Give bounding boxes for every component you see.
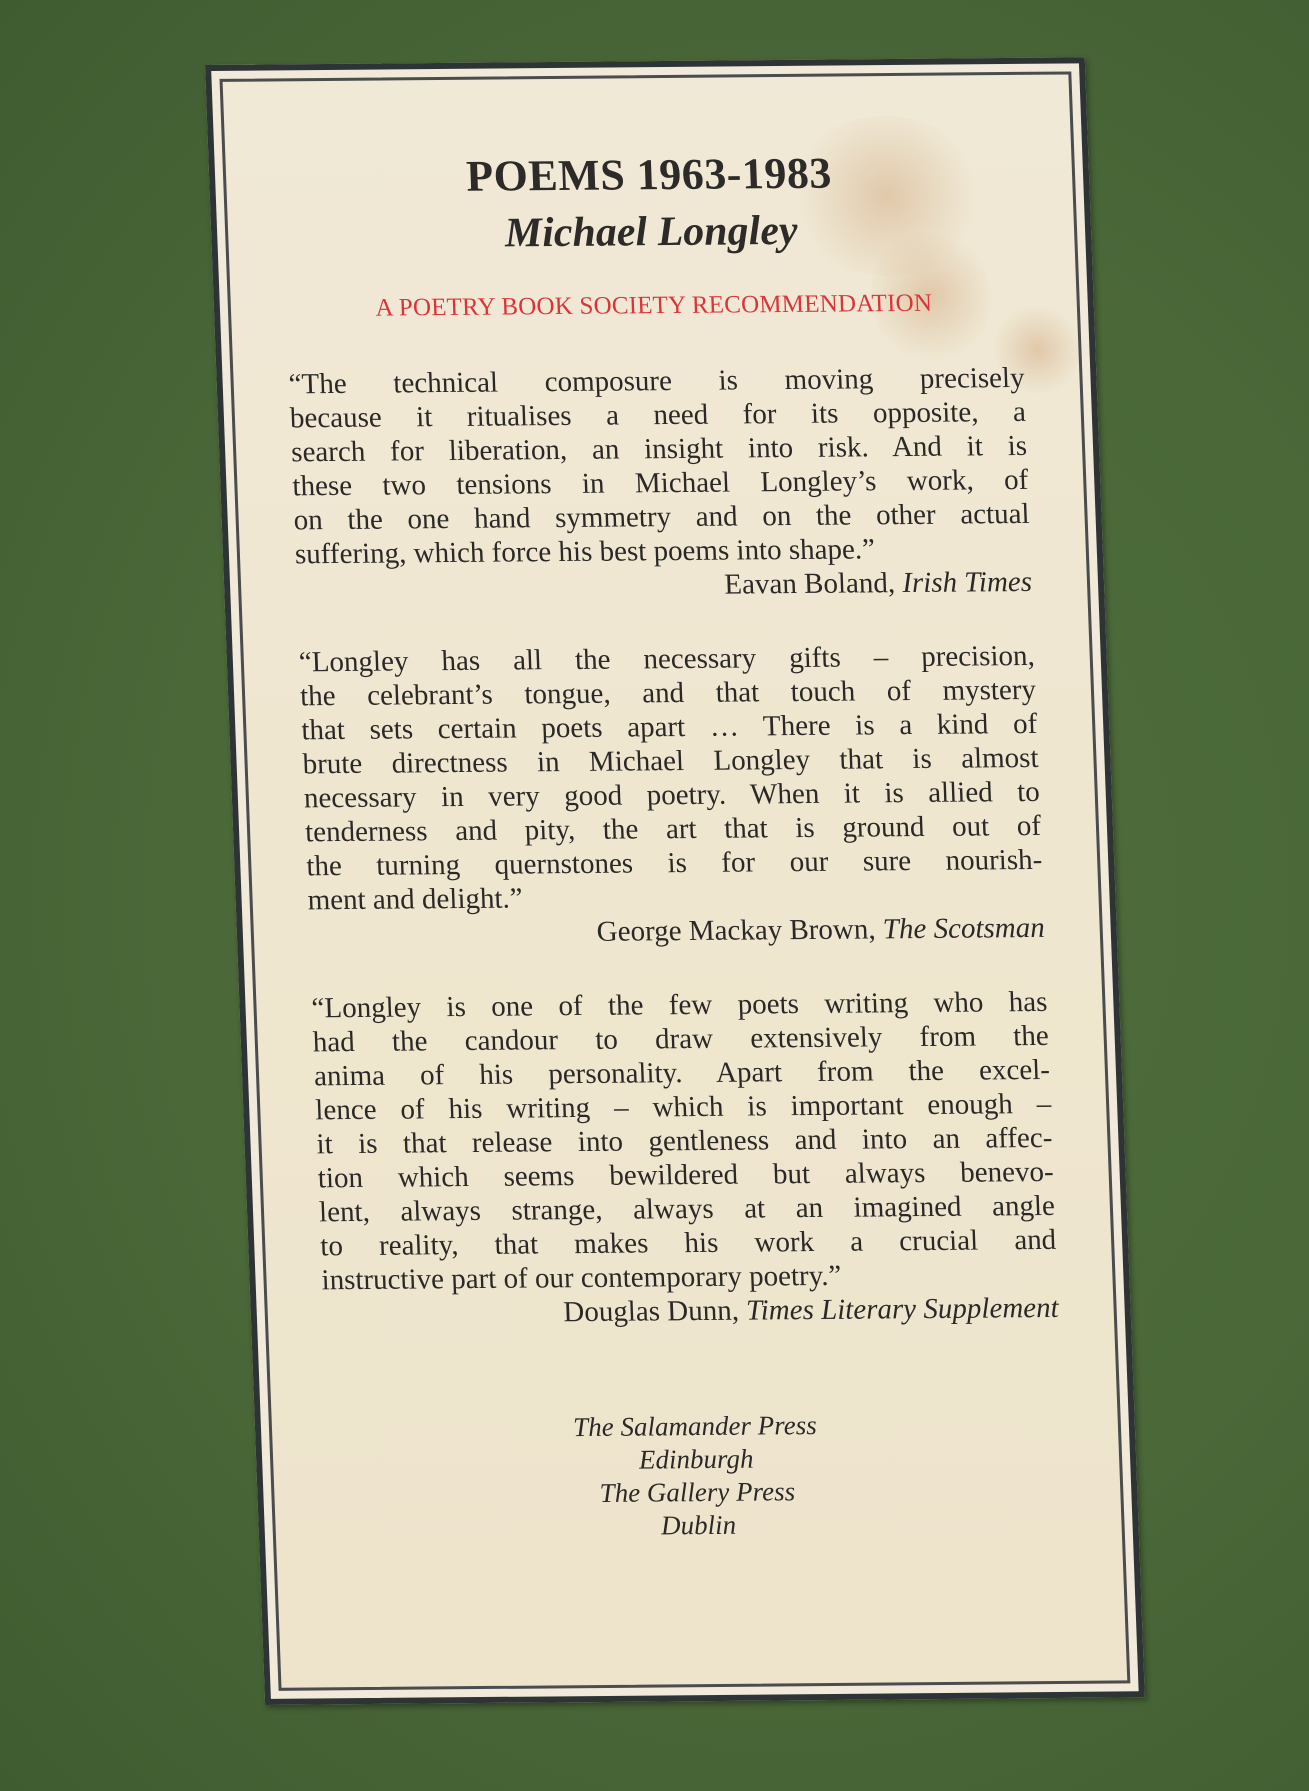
publishers: The Salamander Press Edinburgh The Galle… — [326, 1407, 1067, 1545]
quote-text: “Longley is one of the few poets writing… — [311, 985, 1058, 1297]
publication-name: The Scotsman — [882, 912, 1045, 945]
critic-name: George Mackay Brown, — [596, 913, 876, 947]
publisher-line: Dublin — [330, 1506, 1067, 1545]
quote-line: on the one hand symmetry and on the othe… — [293, 497, 1030, 537]
quote-attribution: Douglas Dunn, Times Literary Supplement — [322, 1291, 1059, 1331]
publication-name: Times Literary Supplement — [746, 1292, 1060, 1327]
inner-frame: POEMS 1963-1983 Michael Longley A POETRY… — [220, 71, 1131, 1690]
quote-text: “Longley has all the necessary gifts – p… — [298, 639, 1044, 917]
critic-name: Eavan Boland, — [724, 567, 896, 600]
book-title: POEMS 1963-1983 — [280, 145, 1018, 205]
review-quote: “Longley is one of the few poets writing… — [311, 985, 1059, 1331]
quote-attribution: Eavan Boland, Irish Times — [296, 565, 1033, 605]
quote-attribution: George Mackay Brown, The Scotsman — [308, 911, 1045, 951]
recommendation-banner: A POETRY BOOK SOCIETY RECOMMENDATION — [285, 289, 1022, 323]
critic-name: Douglas Dunn, — [563, 1295, 740, 1329]
quote-line: to reality, that makes his work a crucia… — [320, 1223, 1057, 1263]
quote-line: the turning quernstones is for our sure … — [306, 843, 1043, 883]
review-quote: “The technical composure is moving preci… — [288, 361, 1033, 605]
book-author: Michael Longley — [282, 203, 1020, 261]
review-quote: “Longley has all the necessary gifts – p… — [298, 639, 1045, 951]
cover-content: POEMS 1963-1983 Michael Longley A POETRY… — [280, 145, 1067, 1545]
publication-name: Irish Times — [902, 566, 1033, 599]
quote-text: “The technical composure is moving preci… — [288, 361, 1031, 571]
back-cover-panel: POEMS 1963-1983 Michael Longley A POETRY… — [205, 57, 1145, 1705]
